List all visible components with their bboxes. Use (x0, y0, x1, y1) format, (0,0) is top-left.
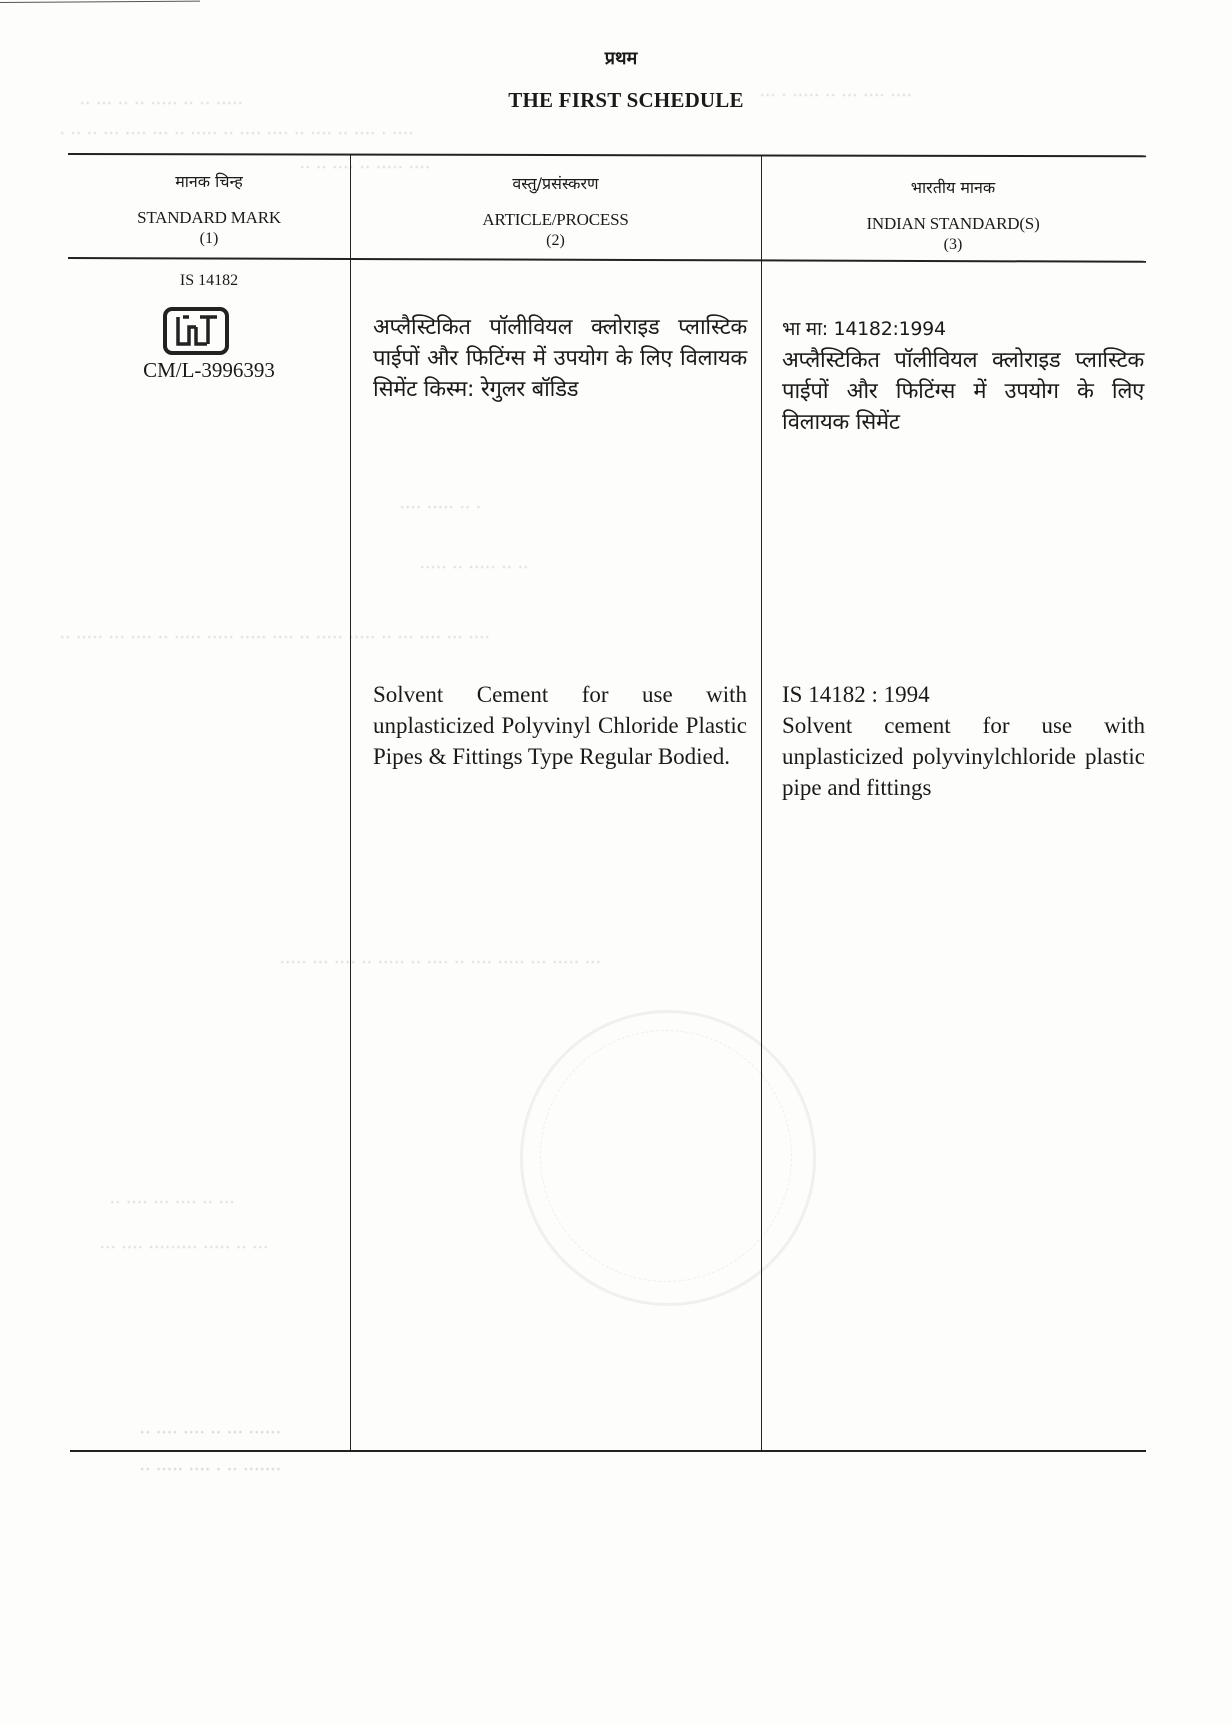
show-through-text: ····· ··· ···· ·· ····· ·· ···· ·· ···· … (280, 955, 602, 971)
header-english: INDIAN STANDARD(S) (761, 214, 1145, 234)
standard-code-english: IS 14182 : 1994 (782, 679, 1145, 710)
embossed-seal-ring (540, 1030, 792, 1282)
header-indian-standards: भारतीय मानक INDIAN STANDARD(S) (3) (761, 176, 1145, 254)
header-article-process: वस्तु/प्रसंस्करण ARTICLE/PROCESS (2) (350, 172, 761, 250)
header-number: (3) (761, 236, 1145, 254)
show-through-text: ·· ···· ··· ···· ·· ··· (110, 1195, 235, 1211)
show-through-text: ·· ····· ··· ···· ·· ····· ····· ····· ·… (60, 630, 491, 646)
article-english: Solvent Cement for use with unplasticize… (373, 679, 747, 772)
show-through-text: ··· ···· ········· ····· ·· ··· (100, 1240, 269, 1256)
show-through-text: · ·· ·· ··· ···· ··· ·· ····· ·· ···· ··… (60, 126, 414, 142)
standard-title-english: Solvent cement for use with unplasticize… (782, 710, 1145, 803)
header-hindi: मानक चिन्ह (68, 170, 350, 192)
header-number: (1) (68, 230, 350, 248)
scan-edge-mark (0, 1, 200, 3)
column-divider-1 (350, 154, 351, 1451)
show-through-text: ····· ·· ····· ·· ·· (420, 560, 529, 576)
column-divider-2 (761, 155, 762, 1451)
header-number: (2) (350, 232, 761, 250)
is-number: IS 14182 (68, 272, 350, 290)
table-bottom-rule (70, 1450, 1146, 1452)
show-through-text: ···· ····· ·· · (400, 500, 482, 516)
licence-number: CM/L-3996393 (68, 358, 350, 383)
header-standard-mark: मानक चिन्ह STANDARD MARK (1) (68, 170, 350, 248)
standard-code-hindi: भा मा: 14182:1994 (782, 314, 1144, 345)
table-top-rule (68, 153, 1146, 157)
isi-mark-icon (163, 307, 229, 355)
header-hindi: भारतीय मानक (761, 176, 1145, 198)
table-header-rule (68, 257, 1146, 263)
header-hindi: वस्तु/प्रसंस्करण (350, 172, 761, 194)
header-english: ARTICLE/PROCESS (350, 210, 761, 230)
article-hindi: अप्लैस्टिकित पॉलीवियल क्लोराइड प्लास्टिक… (373, 312, 747, 405)
schedule-title-hindi: प्रथम (0, 46, 1232, 70)
show-through-text: ·· ····· ···· · ·· ······· (140, 1462, 282, 1478)
header-english: STANDARD MARK (68, 208, 350, 228)
show-through-text: ·· ···· ···· ·· ··· ······ (140, 1425, 282, 1441)
standard-title-hindi: अप्लैस्टिकित पॉलीवियल क्लोराइड प्लास्टिक… (782, 345, 1144, 438)
schedule-title: THE FIRST SCHEDULE (0, 88, 1232, 113)
